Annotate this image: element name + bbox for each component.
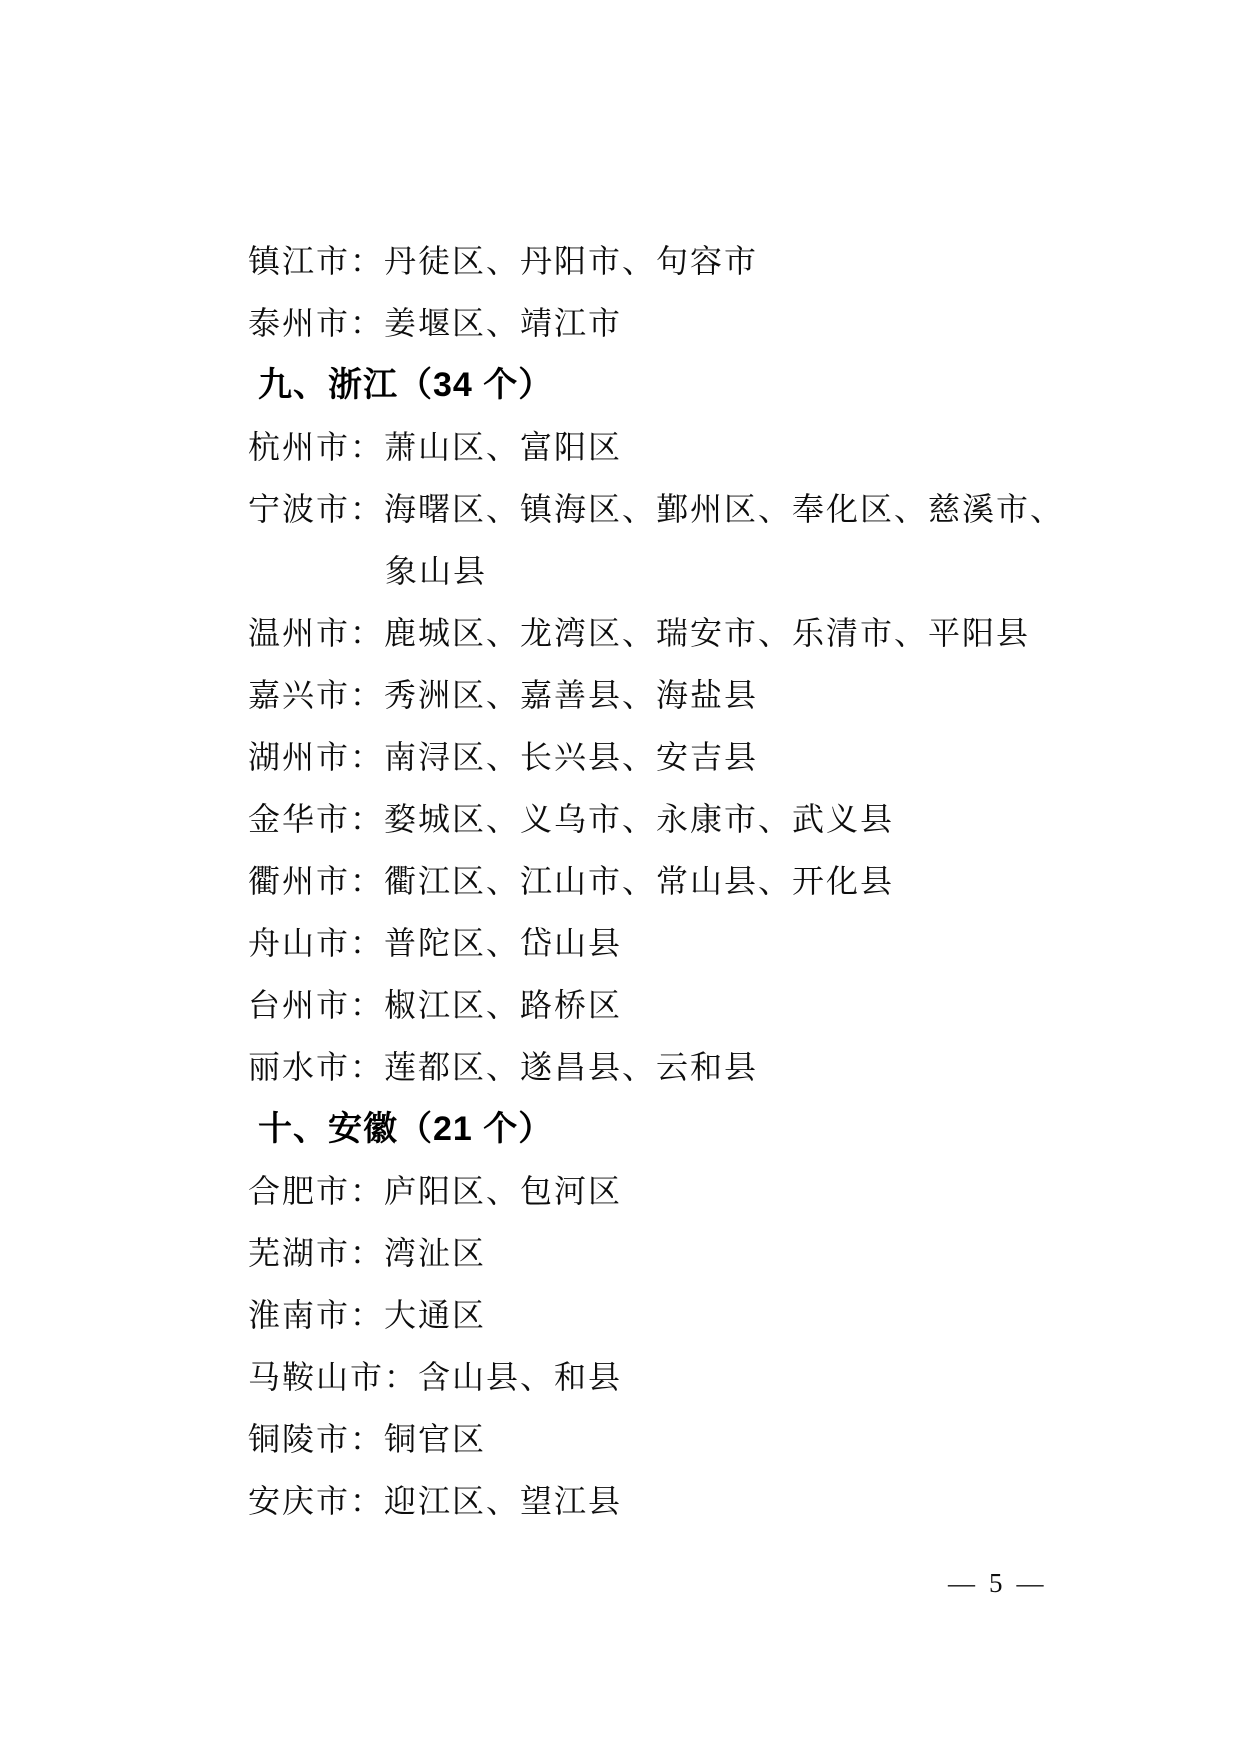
- city-name: 衢州市: [248, 863, 350, 899]
- continuation-line-xiangshan: 象山县: [248, 540, 1241, 602]
- city-name: 嘉兴市: [248, 677, 350, 713]
- district-list: 含山县、和县: [418, 1359, 622, 1395]
- document-body: 镇江市：丹徒区、丹阳市、句容市 泰州市：姜堰区、靖江市 九、浙江（34 个） 杭…: [0, 0, 1241, 1532]
- entry-line-maanshan: 马鞍山市：含山县、和县: [248, 1346, 1241, 1408]
- footer-dash-left: —: [948, 1568, 975, 1599]
- entry-line-tongling: 铜陵市：铜官区: [248, 1408, 1241, 1470]
- district-list: 南浔区、长兴县、安吉县: [384, 739, 758, 775]
- entry-line-zhenjiang: 镇江市：丹徒区、丹阳市、句容市: [248, 230, 1241, 292]
- fullwidth-colon: ：: [350, 801, 384, 837]
- entry-line-zhoushan: 舟山市：普陀区、岱山县: [248, 912, 1241, 974]
- entry-line-taizhou-js: 泰州市：姜堰区、靖江市: [248, 292, 1241, 354]
- city-name: 铜陵市: [248, 1421, 350, 1457]
- entry-line-jinhua: 金华市：婺城区、义乌市、永康市、武义县: [248, 788, 1241, 850]
- fullwidth-colon: ：: [350, 1421, 384, 1457]
- district-list: 秀洲区、嘉善县、海盐县: [384, 677, 758, 713]
- fullwidth-colon: ：: [350, 491, 384, 527]
- footer-dash-right: —: [1017, 1568, 1044, 1599]
- city-name: 镇江市: [248, 243, 350, 279]
- district-list: 铜官区: [384, 1421, 486, 1457]
- city-name: 杭州市: [248, 429, 350, 465]
- entry-line-huzhou: 湖州市：南浔区、长兴县、安吉县: [248, 726, 1241, 788]
- district-list: 湾沚区: [384, 1235, 486, 1271]
- entry-line-hangzhou: 杭州市：萧山区、富阳区: [248, 416, 1241, 478]
- city-name: 泰州市: [248, 305, 350, 341]
- city-name: 合肥市: [248, 1173, 350, 1209]
- document-page: { "content": { "colon": "：", "lines": [ …: [0, 0, 1241, 1754]
- fullwidth-colon: ：: [350, 987, 384, 1023]
- fullwidth-colon: ：: [350, 1049, 384, 1085]
- district-list: 姜堰区、靖江市: [384, 305, 622, 341]
- fullwidth-colon: ：: [350, 1297, 384, 1333]
- entry-line-huainan: 淮南市：大通区: [248, 1284, 1241, 1346]
- fullwidth-colon: ：: [350, 243, 384, 279]
- entry-line-taizhou-zj: 台州市：椒江区、路桥区: [248, 974, 1241, 1036]
- section-header-zhejiang: 九、浙江（34 个）: [248, 354, 1241, 416]
- city-name: 安庆市: [248, 1483, 350, 1519]
- fullwidth-colon: ：: [350, 863, 384, 899]
- district-list: 大通区: [384, 1297, 486, 1333]
- district-list: 萧山区、富阳区: [384, 429, 622, 465]
- city-name: 舟山市: [248, 925, 350, 961]
- city-name: 芜湖市: [248, 1235, 350, 1271]
- fullwidth-colon: ：: [350, 305, 384, 341]
- city-name: 金华市: [248, 801, 350, 837]
- fullwidth-colon: ：: [350, 1483, 384, 1519]
- city-name: 湖州市: [248, 739, 350, 775]
- entry-line-wuhu: 芜湖市：湾沚区: [248, 1222, 1241, 1284]
- city-name: 台州市: [248, 987, 350, 1023]
- entry-line-anqing: 安庆市：迎江区、望江县: [248, 1470, 1241, 1532]
- entry-line-ningbo: 宁波市：海曙区、镇海区、鄞州区、奉化区、慈溪市、: [248, 478, 1241, 540]
- city-name: 淮南市: [248, 1297, 350, 1333]
- page-number: 5: [989, 1568, 1003, 1599]
- city-name: 丽水市: [248, 1049, 350, 1085]
- entry-line-wenzhou: 温州市：鹿城区、龙湾区、瑞安市、乐清市、平阳县: [248, 602, 1241, 664]
- fullwidth-colon: ：: [350, 1235, 384, 1271]
- fullwidth-colon: ：: [350, 739, 384, 775]
- section-header-anhui: 十、安徽（21 个）: [248, 1098, 1241, 1160]
- fullwidth-colon: ：: [350, 615, 384, 651]
- entry-line-jiaxing: 嘉兴市：秀洲区、嘉善县、海盐县: [248, 664, 1241, 726]
- city-name: 宁波市: [248, 491, 350, 527]
- district-list: 莲都区、遂昌县、云和县: [384, 1049, 758, 1085]
- page-number-footer: — 5 —: [948, 1566, 1044, 1600]
- city-name: 温州市: [248, 615, 350, 651]
- district-list: 普陀区、岱山县: [384, 925, 622, 961]
- district-list: 丹徒区、丹阳市、句容市: [384, 243, 758, 279]
- fullwidth-colon: ：: [384, 1359, 418, 1395]
- fullwidth-colon: ：: [350, 677, 384, 713]
- district-list: 衢江区、江山市、常山县、开化县: [384, 863, 894, 899]
- city-name: 马鞍山市: [248, 1359, 384, 1395]
- fullwidth-colon: ：: [350, 429, 384, 465]
- fullwidth-colon: ：: [350, 1173, 384, 1209]
- fullwidth-colon: ：: [350, 925, 384, 961]
- entry-line-quzhou: 衢州市：衢江区、江山市、常山县、开化县: [248, 850, 1241, 912]
- district-list: 迎江区、望江县: [384, 1483, 622, 1519]
- district-list: 海曙区、镇海区、鄞州区、奉化区、慈溪市、: [384, 491, 1064, 527]
- entry-line-lishui: 丽水市：莲都区、遂昌县、云和县: [248, 1036, 1241, 1098]
- entry-line-hefei: 合肥市：庐阳区、包河区: [248, 1160, 1241, 1222]
- district-list: 鹿城区、龙湾区、瑞安市、乐清市、平阳县: [384, 615, 1030, 651]
- district-list: 椒江区、路桥区: [384, 987, 622, 1023]
- district-list: 婺城区、义乌市、永康市、武义县: [384, 801, 894, 837]
- district-list: 庐阳区、包河区: [384, 1173, 622, 1209]
